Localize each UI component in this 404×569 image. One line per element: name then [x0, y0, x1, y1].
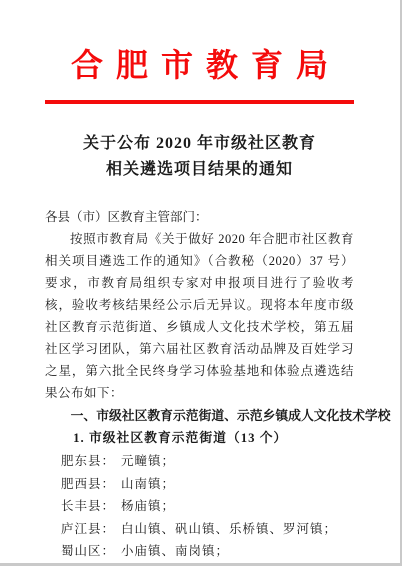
county-label: 庐江县：	[61, 522, 115, 536]
letterhead-org-name: 合肥市教育局	[45, 0, 354, 84]
section-heading: 一、市级社区教育示范街道、示范乡镇成人文化技术学校	[45, 404, 354, 427]
body-paragraph: 按照市教育局《关于做好 2020 年合肥市社区教育相关项目遴选工作的通知》（合教…	[45, 228, 354, 404]
county-label: 蜀山区：	[61, 544, 115, 558]
towns-text: 白山镇、矾山镇、乐桥镇、罗河镇；	[121, 522, 337, 536]
document-title-line1: 关于公布 2020 年市级社区教育	[45, 131, 354, 157]
county-label: 长丰县：	[61, 499, 115, 513]
towns-text: 小庙镇、南岗镇；	[121, 544, 229, 558]
county-label: 肥西县：	[61, 477, 115, 491]
towns-text: 元疃镇；	[121, 454, 175, 468]
letterhead-rule	[45, 100, 354, 104]
list-item: 肥西县：山南镇；	[45, 473, 354, 496]
list-item: 长丰县：杨庙镇；	[45, 495, 354, 518]
shortlist: 肥东县：元疃镇； 肥西县：山南镇； 长丰县：杨庙镇； 庐江县：白山镇、矾山镇、乐…	[45, 450, 354, 563]
salutation: 各县（市）区教育主管部门：	[45, 206, 354, 228]
list-item: 蜀山区：小庙镇、南岗镇；	[45, 540, 354, 563]
list-item: 肥东县：元疃镇；	[45, 450, 354, 473]
document-page: 合肥市教育局 关于公布 2020 年市级社区教育 相关遴选项目结果的通知 各县（…	[0, 0, 402, 566]
document-title-line2: 相关遴选项目结果的通知	[45, 157, 354, 183]
county-label: 肥东县：	[61, 454, 115, 468]
towns-text: 山南镇；	[121, 477, 175, 491]
list-item: 庐江县：白山镇、矾山镇、乐桥镇、罗河镇；	[45, 518, 354, 541]
subsection-heading: 1. 市级社区教育示范街道（13 个）	[45, 427, 354, 450]
towns-text: 杨庙镇；	[121, 499, 175, 513]
document-title: 关于公布 2020 年市级社区教育 相关遴选项目结果的通知	[45, 131, 354, 183]
